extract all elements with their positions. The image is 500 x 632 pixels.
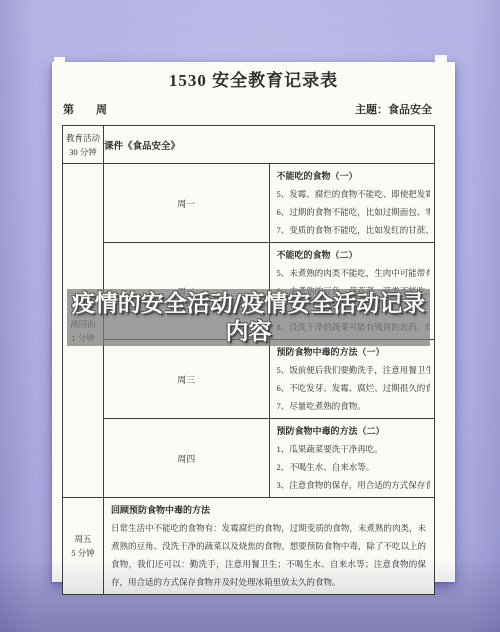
table-row-wednesday: 周三 预防食物中毒的方法（一） 5、饭前便后我们要勤洗手，注意用餐卫生。 6、不… xyxy=(63,340,435,419)
content-line: 6、过期的食物不能吃，比如过期面包、零食等。 xyxy=(277,203,431,221)
table-row-thursday: 周四 预防食物中毒的方法（二） 1、瓜果蔬菜要洗干净再吃。 2、不喝生水、自来水… xyxy=(63,419,435,498)
content-header: 不能吃的食物（二） xyxy=(277,246,431,264)
day-label-thursday: 周四 xyxy=(104,419,270,498)
week-suffix: 周 xyxy=(96,104,107,116)
content-header: 不能吃的食物（一） xyxy=(277,167,431,185)
cell-courseware: 课件《食品安全》 xyxy=(104,126,435,164)
content-line: 5、发霉、腐烂的食物不能吃、即使把发霉腐烂的部分切掉也不行。 xyxy=(277,185,431,203)
friday-summary: 日常生活中不能吃的食物有：发霉腐烂的食物，过期变质的食物，未煮熟的肉类，未煮熟的… xyxy=(111,519,430,591)
day-label-wednesday: 周三 xyxy=(104,340,270,419)
day-label-monday: 周一 xyxy=(104,164,270,243)
table-row-monday: 离园前 1 分钟 周一 不能吃的食物（一） 5、发霉、腐烂的食物不能吃、即使把发… xyxy=(63,164,435,243)
content-line: 3、注意食物的保存，用合适的方式保存食物并及时处理冰箱里放太久的食物。 xyxy=(277,476,431,494)
content-line: 7、变质的食物不能吃，比如发红的甘蔗、发芽的土豆、结块的牛奶等。 xyxy=(277,221,431,239)
cell-friday-duration: 周五 5 分钟 xyxy=(63,498,104,595)
caption-overlay: 疫情的安全活动/疫情安全活动记录 内容 xyxy=(67,289,430,346)
activity-duration: 30 分钟 xyxy=(63,145,103,159)
content-line: 6、不吃发芽、发霉、腐烂、过期很久的食物。 xyxy=(277,379,431,397)
table-row-courseware: 教育活动 30 分钟 课件《食品安全》 xyxy=(63,126,435,164)
content-line: 5、未煮熟的肉类不能吃，生肉中可能带有细菌和寄生虫会引发食物中毒。 xyxy=(277,264,431,282)
record-table: 教育活动 30 分钟 课件《食品安全》 离园前 1 分钟 周一 不能吃的食物（一… xyxy=(62,125,435,595)
meta-row: 第周 主题：食品安全 xyxy=(63,101,432,117)
table-row-friday: 周五 5 分钟 回顾预防食物中毒的方法 日常生活中不能吃的食物有：发霉腐烂的食物… xyxy=(63,498,435,595)
caption-line-1: 疫情的安全活动/疫情安全活动记录 xyxy=(67,290,430,318)
cell-monday-content: 不能吃的食物（一） 5、发霉、腐烂的食物不能吃、即使把发霉腐烂的部分切掉也不行。… xyxy=(269,164,435,243)
content-line: 2、不喝生水、自来水等。 xyxy=(277,458,431,476)
friday-duration: 5 分钟 xyxy=(63,546,103,560)
photo-background: 1530 安全教育记录表 第周 主题：食品安全 教育活动 30 分钟 课件《食品… xyxy=(0,0,500,632)
content-line: 5、饭前便后我们要勤洗手，注意用餐卫生。 xyxy=(277,361,431,379)
document-title: 1530 安全教育记录表 xyxy=(52,66,455,91)
page-tab-left xyxy=(54,57,65,63)
cell-wednesday-content: 预防食物中毒的方法（一） 5、饭前便后我们要勤洗手，注意用餐卫生。 6、不吃发芽… xyxy=(269,340,435,419)
content-line: 7、尽量吃煮熟的食物。 xyxy=(277,397,431,415)
topic-field: 主题：食品安全 xyxy=(355,101,432,117)
cell-thursday-content: 预防食物中毒的方法（二） 1、瓜果蔬菜要洗干净再吃。 2、不喝生水、自来水等。 … xyxy=(269,419,435,498)
page-tab-right xyxy=(435,55,447,63)
activity-label: 教育活动 xyxy=(63,131,103,145)
cell-friday-content: 回顾预防食物中毒的方法 日常生活中不能吃的食物有：发霉腐烂的食物，过期变质的食物… xyxy=(104,498,435,595)
caption-line-2: 内容 xyxy=(67,318,430,346)
content-header: 回顾预防食物中毒的方法 xyxy=(111,501,430,519)
content-header: 预防食物中毒的方法（二） xyxy=(277,422,431,440)
week-prefix: 第 xyxy=(63,104,74,116)
cell-activity-duration: 教育活动 30 分钟 xyxy=(63,126,104,164)
content-line: 1、瓜果蔬菜要洗干净再吃。 xyxy=(277,440,431,458)
friday-label: 周五 xyxy=(63,532,103,546)
week-field: 第周 xyxy=(63,101,107,117)
